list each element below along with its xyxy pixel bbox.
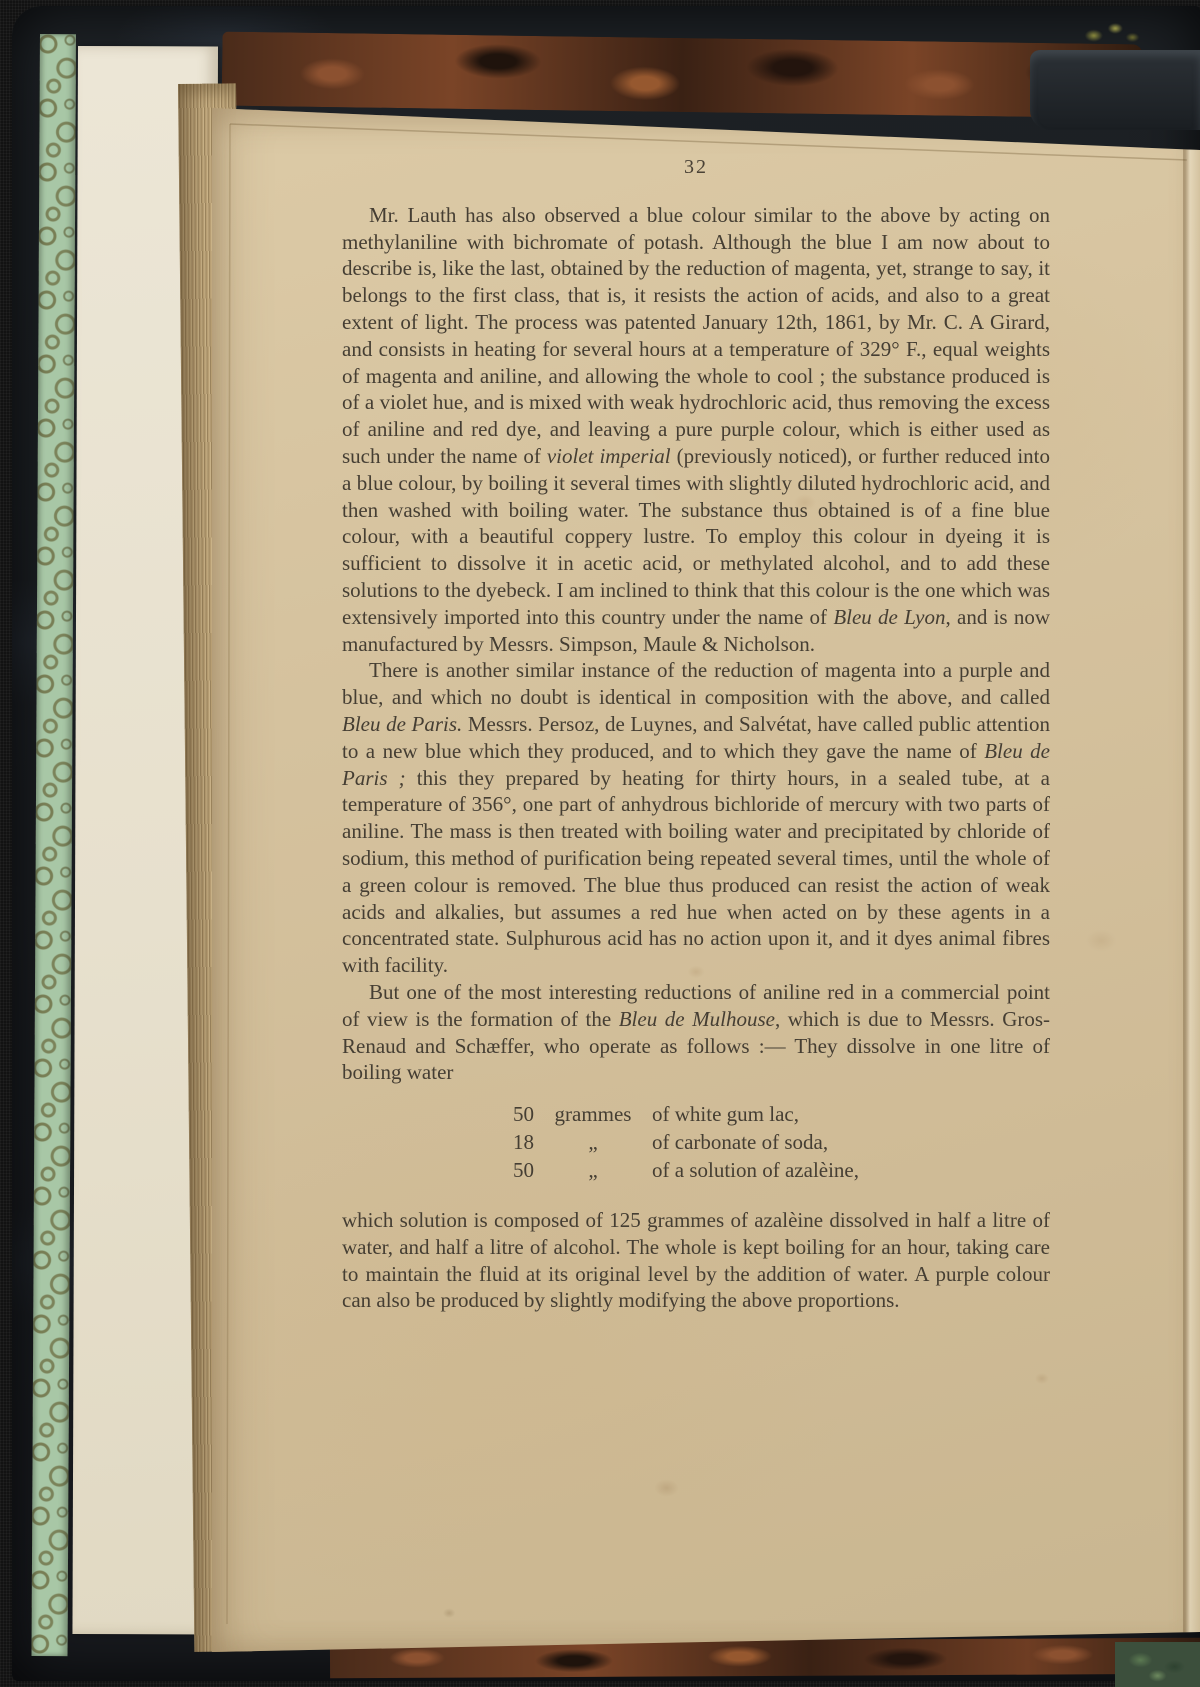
text-segment: this they prepared by heating for thirty… bbox=[342, 766, 1050, 978]
recipe-unit: grammes bbox=[543, 1100, 643, 1128]
cover-edge-top-right bbox=[1030, 50, 1200, 130]
recipe-row: 50„of a solution of azalèine, bbox=[500, 1156, 1050, 1184]
book-page: 32 Mr. Lauth has also observed a blue co… bbox=[212, 96, 1200, 1660]
text-segment: (previously noticed), or further reduced… bbox=[342, 444, 1050, 629]
recipe-qty: 18 bbox=[500, 1128, 534, 1156]
text-segment: Mr. Lauth has also observed a blue colou… bbox=[342, 203, 1050, 468]
paragraph: which solution is composed of 125 gramme… bbox=[342, 1207, 1050, 1314]
italic-term: Bleu de Lyon bbox=[833, 605, 945, 629]
recipe-qty: 50 bbox=[500, 1100, 534, 1128]
paragraph: There is another similar instance of the… bbox=[342, 657, 1050, 979]
italic-term: violet imperial bbox=[547, 444, 671, 468]
recipe-row: 18„of carbonate of soda, bbox=[500, 1128, 1050, 1156]
page-number: 32 bbox=[342, 154, 1050, 181]
recipe-row: 50grammesof white gum lac, bbox=[500, 1100, 1050, 1128]
recipe-qty: 50 bbox=[500, 1156, 534, 1184]
recipe-unit: „ bbox=[543, 1128, 643, 1156]
page-gutter-curve bbox=[1183, 136, 1200, 1640]
italic-term: Bleu de Mulhouse bbox=[619, 1007, 775, 1031]
paragraph: But one of the most interesting reductio… bbox=[342, 979, 1050, 1086]
recipe-desc: of a solution of azalèine, bbox=[652, 1156, 1050, 1184]
paragraph: Mr. Lauth has also observed a blue colou… bbox=[342, 202, 1050, 658]
italic-term: Bleu de Paris. bbox=[342, 712, 462, 736]
text-block: 32 Mr. Lauth has also observed a blue co… bbox=[342, 154, 1050, 1314]
text-segment: which solution is composed of 125 gramme… bbox=[342, 1208, 1050, 1312]
book-scan: 32 Mr. Lauth has also observed a blue co… bbox=[0, 0, 1200, 1687]
debris-tuft bbox=[1068, 14, 1154, 50]
recipe-desc: of white gum lac, bbox=[652, 1100, 1050, 1128]
text-segment: There is another similar instance of the… bbox=[342, 658, 1050, 709]
recipe-list: 50grammesof white gum lac,18„of carbonat… bbox=[500, 1100, 1050, 1184]
spine-marbling-top bbox=[222, 32, 1143, 119]
corner-marbling-bottom-right bbox=[1115, 1642, 1200, 1687]
recipe-desc: of carbonate of soda, bbox=[652, 1128, 1050, 1156]
recipe-unit: „ bbox=[543, 1156, 643, 1184]
